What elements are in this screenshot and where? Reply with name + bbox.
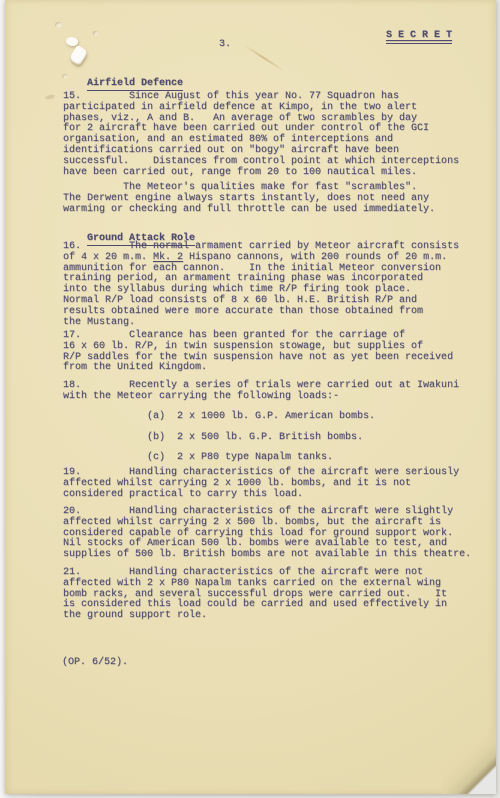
section-heading-label: Airfield Defence xyxy=(87,79,183,91)
paper-smudge xyxy=(45,94,56,100)
paper-tear xyxy=(68,45,88,66)
load-item-a: (a) 2 x 1000 lb. G.P. American bombs. xyxy=(63,412,477,423)
paragraph-21: 21. Handling characteristics of the airc… xyxy=(63,568,477,622)
classification-stamp: S E C R E T xyxy=(386,31,452,44)
paragraph-16: 16. The normal armament carried by Meteo… xyxy=(63,242,477,328)
paragraph-19: 19. Handling characteristics of the airc… xyxy=(63,468,477,500)
load-item-c: (c) 2 x P80 type Napalm tanks. xyxy=(63,453,477,464)
reference-footer: (OP. 6/52). xyxy=(62,658,476,669)
page-corner-fold xyxy=(442,728,496,794)
paragraph-17: 17. Clearance has been granted for the c… xyxy=(63,331,477,374)
paragraph-18: 18. Recently a series of trials were car… xyxy=(63,381,477,403)
paper: S E C R E T 3. Airfield Defence 15. Sinc… xyxy=(5,0,496,794)
document-scan: { "colors": { "paper": "#eadfb6", "ink":… xyxy=(0,0,500,798)
paragraph-15: 15. Since August of this year No. 77 Squ… xyxy=(63,92,477,178)
page-number: 3. xyxy=(219,40,231,51)
paragraph-meteor-qualities: The Meteor's qualities make for fast "sc… xyxy=(63,183,477,215)
paper-chip xyxy=(93,31,98,36)
paragraph-20: 20. Handling characteristics of the airc… xyxy=(63,507,477,561)
paper-chip xyxy=(55,22,62,28)
load-item-b: (b) 2 x 500 lb. G.P. British bombs. xyxy=(63,433,477,444)
